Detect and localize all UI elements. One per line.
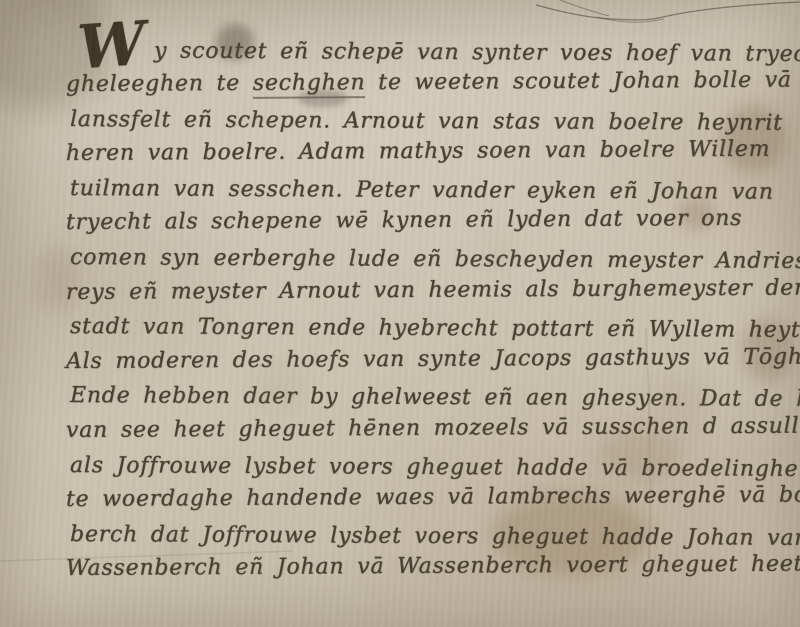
underlined-word: sechghen: [253, 70, 366, 99]
manuscript-line-2: gheleeghen te sechghen te weeten scoutet…: [66, 64, 782, 103]
manuscript-photo: W y scoutet eñ schepē van synter voes ho…: [0, 0, 800, 627]
manuscript-text: W y scoutet eñ schepē van synter voes ho…: [66, 30, 782, 587]
manuscript-line-12: van see heet gheguet hēnen mozeels vā su…: [66, 410, 782, 449]
line-2-pre: gheleeghen te: [66, 71, 253, 97]
manuscript-line-10: Als moderen des hoefs van synte Jacops g…: [66, 340, 782, 379]
manuscript-line-8: reys eñ meyster Arnout van heemis als bu…: [66, 271, 782, 310]
manuscript-line-4: heren van boelre. Adam mathys soen van b…: [66, 133, 782, 172]
manuscript-line-16: Wassenberch eñ Johan vā Wassenberch voer…: [66, 548, 782, 587]
line-2-post: te weeten scoutet Johan bolle vā: [365, 68, 791, 96]
manuscript-line-14: te woerdaghe handende waes vā lambrechs …: [66, 479, 782, 518]
manuscript-line-6: tryecht als schepene wē kynen eñ lyden d…: [66, 202, 782, 241]
